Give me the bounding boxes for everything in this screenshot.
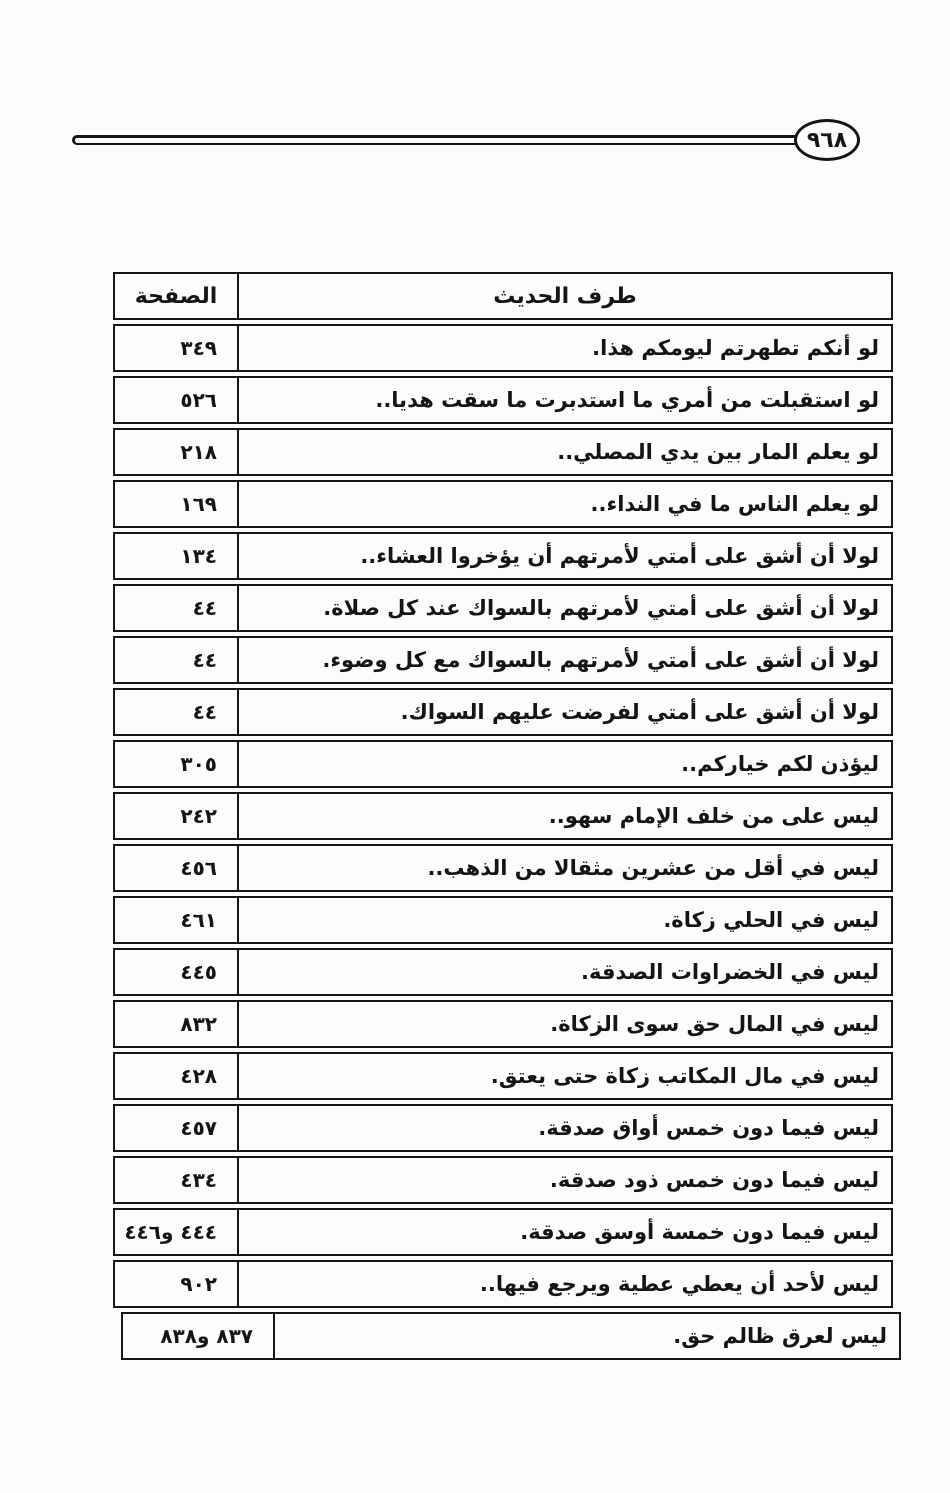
hadith-text: ليس في الحلي زكاة. <box>239 898 891 942</box>
table-row: لو استقبلت من أمري ما استدبرت ما سقت هدي… <box>113 376 893 424</box>
page-number: ١٦٩ <box>115 482 239 526</box>
table-row: ليؤذن لكم خياركم.. ٣٠٥ <box>113 740 893 788</box>
table-row: ليس فيما دون خمس ذود صدقة. ٤٣٤ <box>113 1156 893 1204</box>
table-row: ليس لأحد أن يعطي عطية ويرجع فيها.. ٩٠٢ <box>113 1260 893 1308</box>
hadith-text: ليس على من خلف الإمام سهو.. <box>239 794 891 838</box>
page-number: ١٣٤ <box>115 534 239 578</box>
table-row: لولا أن أشق على أمتي لأمرتهم أن يؤخروا ا… <box>113 532 893 580</box>
hadith-text: لولا أن أشق على أمتي لأمرتهم بالسواك عند… <box>239 586 891 630</box>
table-row: ليس في مال المكاتب زكاة حتى يعتق. ٤٢٨ <box>113 1052 893 1100</box>
hadith-text: لو يعلم الناس ما في النداء.. <box>239 482 891 526</box>
page-number-badge: ٩٦٨ <box>794 119 860 161</box>
table-header-row: طرف الحديث الصفحة <box>113 272 893 320</box>
hadith-text: ليس لعرق ظالم حق. <box>275 1314 899 1358</box>
hadith-text: لو أنكم تطهرتم ليومكم هذا. <box>239 326 891 370</box>
hadith-text: لولا أن أشق على أمتي لأمرتهم أن يؤخروا ا… <box>239 534 891 578</box>
page-column-header: الصفحة <box>115 274 239 318</box>
table-row: ليس على من خلف الإمام سهو.. ٢٤٢ <box>113 792 893 840</box>
page-number: ٩٠٢ <box>115 1262 239 1306</box>
page-number: ٤٤ <box>115 638 239 682</box>
table-row: ليس في الحلي زكاة. ٤٦١ <box>113 896 893 944</box>
hadith-column-header: طرف الحديث <box>239 274 891 318</box>
table-row: لولا أن أشق على أمتي لأمرتهم بالسواك مع … <box>113 636 893 684</box>
hadith-text: ليس فيما دون خمس ذود صدقة. <box>239 1158 891 1202</box>
document-page: ٩٦٨ طرف الحديث الصفحة لو أنكم تطهرتم ليو… <box>0 0 950 1493</box>
hadith-text: ليس في الخضراوات الصدقة. <box>239 950 891 994</box>
hadith-text: ليس في أقل من عشرين مثقالا من الذهب.. <box>239 846 891 890</box>
page-number: ٤٤٥ <box>115 950 239 994</box>
hadith-text: لو استقبلت من أمري ما استدبرت ما سقت هدي… <box>239 378 891 422</box>
page-number: ٨٣٢ <box>115 1002 239 1046</box>
table-row: لولا أن أشق على أمتي لأمرتهم بالسواك عند… <box>113 584 893 632</box>
table-row: ليس لعرق ظالم حق. ٨٣٧ و٨٣٨ <box>121 1312 901 1360</box>
table-row: ليس في الخضراوات الصدقة. ٤٤٥ <box>113 948 893 996</box>
table-row: ليس في أقل من عشرين مثقالا من الذهب.. ٤٥… <box>113 844 893 892</box>
page-number: ٤٤ <box>115 690 239 734</box>
table-row: لو يعلم الناس ما في النداء.. ١٦٩ <box>113 480 893 528</box>
page-number: ٩٦٨ <box>807 128 847 153</box>
table-row: ليس في المال حق سوى الزكاة. ٨٣٢ <box>113 1000 893 1048</box>
page-number: ٨٣٧ و٨٣٨ <box>123 1314 275 1358</box>
hadith-text: ليس في مال المكاتب زكاة حتى يعتق. <box>239 1054 891 1098</box>
table-row: ليس فيما دون خمس أواق صدقة. ٤٥٧ <box>113 1104 893 1152</box>
page-number: ٤٤٤ و٤٤٦ <box>115 1210 239 1254</box>
hadith-text: لولا أن أشق على أمتي لأمرتهم بالسواك مع … <box>239 638 891 682</box>
table-row: ليس فيما دون خمسة أوسق صدقة. ٤٤٤ و٤٤٦ <box>113 1208 893 1256</box>
page-number: ٢١٨ <box>115 430 239 474</box>
table-row: لو يعلم المار بين يدي المصلي.. ٢١٨ <box>113 428 893 476</box>
hadith-text: ليؤذن لكم خياركم.. <box>239 742 891 786</box>
hadith-text: ليس فيما دون خمس أواق صدقة. <box>239 1106 891 1150</box>
page-number: ٣٠٥ <box>115 742 239 786</box>
hadith-text: لولا أن أشق على أمتي لفرضت عليهم السواك. <box>239 690 891 734</box>
page-number: ٤٥٦ <box>115 846 239 890</box>
page-number: ٤٤ <box>115 586 239 630</box>
hadith-text: ليس في المال حق سوى الزكاة. <box>239 1002 891 1046</box>
header-rule-line <box>72 135 796 145</box>
table-row: لولا أن أشق على أمتي لفرضت عليهم السواك.… <box>113 688 893 736</box>
table-row: لو أنكم تطهرتم ليومكم هذا. ٣٤٩ <box>113 324 893 372</box>
page-number: ٥٢٦ <box>115 378 239 422</box>
hadith-text: ليس لأحد أن يعطي عطية ويرجع فيها.. <box>239 1262 891 1306</box>
page-number: ٤٦١ <box>115 898 239 942</box>
page-number: ٤٥٧ <box>115 1106 239 1150</box>
hadith-text: لو يعلم المار بين يدي المصلي.. <box>239 430 891 474</box>
page-header-rule: ٩٦٨ <box>72 118 860 162</box>
page-number: ٣٤٩ <box>115 326 239 370</box>
hadith-index-table: طرف الحديث الصفحة لو أنكم تطهرتم ليومكم … <box>113 272 893 1364</box>
page-number: ٢٤٢ <box>115 794 239 838</box>
page-number: ٤٣٤ <box>115 1158 239 1202</box>
page-number: ٤٢٨ <box>115 1054 239 1098</box>
hadith-text: ليس فيما دون خمسة أوسق صدقة. <box>239 1210 891 1254</box>
